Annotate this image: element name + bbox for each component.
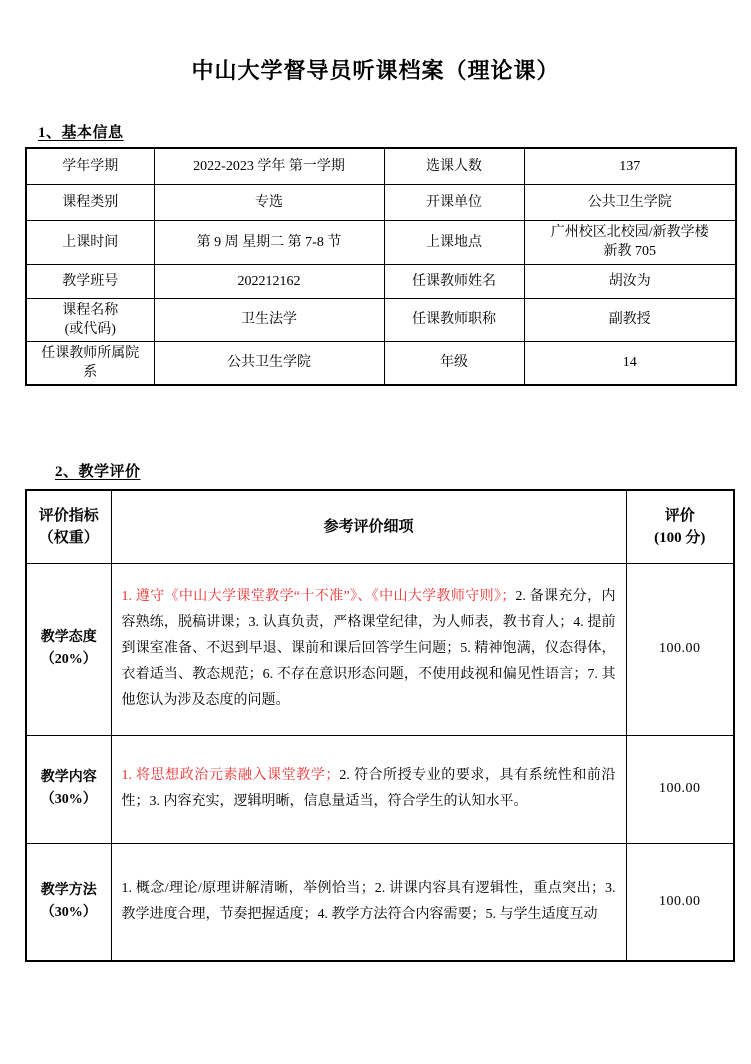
evaluation-row: 教学态度 （20%） 1. 遵守《中山大学课堂教学“十不准”》、《中山大学教师守… [26, 563, 734, 735]
evaluation-table: 评价指标 （权重） 参考评价细项 评价 (100 分) 教学态度 （20%） 1… [25, 489, 735, 962]
table-row: 学年学期 2022-2023 学年 第一学期 选课人数 137 [26, 148, 736, 184]
criteria-text: 1. 概念/理论/原理讲解清晰，举例恰当；2. 讲课内容具有逻辑性，重点突出；3… [122, 881, 616, 922]
indicator-cell: 教学方法 （30%） [26, 843, 111, 961]
field-value: 2022-2023 学年 第一学期 [154, 148, 384, 184]
field-label: 年级 [384, 341, 524, 385]
column-header-indicator: 评价指标 （权重） [26, 490, 111, 563]
field-label: 上课地点 [384, 220, 524, 264]
document-page: 中山大学督导员听课档案（理论课） 1、基本信息 学年学期 2022-2023 学… [0, 0, 751, 1064]
field-value: 14 [524, 341, 736, 385]
field-label: 教学班号 [26, 264, 154, 298]
field-value: 卫生法学 [154, 298, 384, 341]
field-label: 上课时间 [26, 220, 154, 264]
evaluation-row: 教学方法 （30%） 1. 概念/理论/原理讲解清晰，举例恰当；2. 讲课内容具… [26, 843, 734, 961]
score-cell: 100.00 [626, 843, 734, 961]
section-heading-basic-info: 1、基本信息 [38, 121, 124, 142]
basic-info-table: 学年学期 2022-2023 学年 第一学期 选课人数 137 课程类别 专选 … [25, 147, 737, 386]
field-value: 公共卫生学院 [154, 341, 384, 385]
criteria-text-red: 1. 将思想政治元素融入课堂教学； [122, 768, 340, 783]
field-value: 专选 [154, 184, 384, 220]
field-label: 课程类别 [26, 184, 154, 220]
score-cell: 100.00 [626, 735, 734, 843]
field-label: 任课教师姓名 [384, 264, 524, 298]
indicator-cell: 教学态度 （20%） [26, 563, 111, 735]
table-row: 上课时间 第 9 周 星期二 第 7-8 节 上课地点 广州校区北校园/新教学楼… [26, 220, 736, 264]
criteria-text-red: 1. 遵守《中山大学课堂教学“十不准”》、《中山大学教师守则》； [122, 589, 516, 604]
field-value: 广州校区北校园/新教学楼 新教 705 [524, 220, 736, 264]
field-value: 第 9 周 星期二 第 7-8 节 [154, 220, 384, 264]
criteria-cell: 1. 将思想政治元素融入课堂教学；2. 符合所授专业的要求，具有系统性和前沿性；… [111, 735, 626, 843]
field-label: 学年学期 [26, 148, 154, 184]
field-value: 202212162 [154, 264, 384, 298]
criteria-cell: 1. 概念/理论/原理讲解清晰，举例恰当；2. 讲课内容具有逻辑性，重点突出；3… [111, 843, 626, 961]
criteria-text: 2. 备课充分，内容熟练，脱稿讲课；3. 认真负责，严格课堂纪律，为人师表，教书… [122, 589, 616, 708]
field-label: 课程名称 (或代码) [26, 298, 154, 341]
field-label: 任课教师职称 [384, 298, 524, 341]
table-row: 课程类别 专选 开课单位 公共卫生学院 [26, 184, 736, 220]
field-value: 副教授 [524, 298, 736, 341]
field-value: 137 [524, 148, 736, 184]
evaluation-row: 教学内容 （30%） 1. 将思想政治元素融入课堂教学；2. 符合所授专业的要求… [26, 735, 734, 843]
field-value: 公共卫生学院 [524, 184, 736, 220]
column-header-criteria: 参考评价细项 [111, 490, 626, 563]
indicator-cell: 教学内容 （30%） [26, 735, 111, 843]
field-label: 选课人数 [384, 148, 524, 184]
score-cell: 100.00 [626, 563, 734, 735]
table-row: 教学班号 202212162 任课教师姓名 胡汝为 [26, 264, 736, 298]
field-label: 任课教师所属院 系 [26, 341, 154, 385]
field-label: 开课单位 [384, 184, 524, 220]
page-title: 中山大学督导员听课档案（理论课） [0, 54, 751, 85]
section-heading-teaching-evaluation: 2、教学评价 [55, 460, 141, 481]
field-value: 胡汝为 [524, 264, 736, 298]
evaluation-header-row: 评价指标 （权重） 参考评价细项 评价 (100 分) [26, 490, 734, 563]
column-header-score: 评价 (100 分) [626, 490, 734, 563]
table-row: 课程名称 (或代码) 卫生法学 任课教师职称 副教授 [26, 298, 736, 341]
table-row: 任课教师所属院 系 公共卫生学院 年级 14 [26, 341, 736, 385]
criteria-cell: 1. 遵守《中山大学课堂教学“十不准”》、《中山大学教师守则》；2. 备课充分，… [111, 563, 626, 735]
